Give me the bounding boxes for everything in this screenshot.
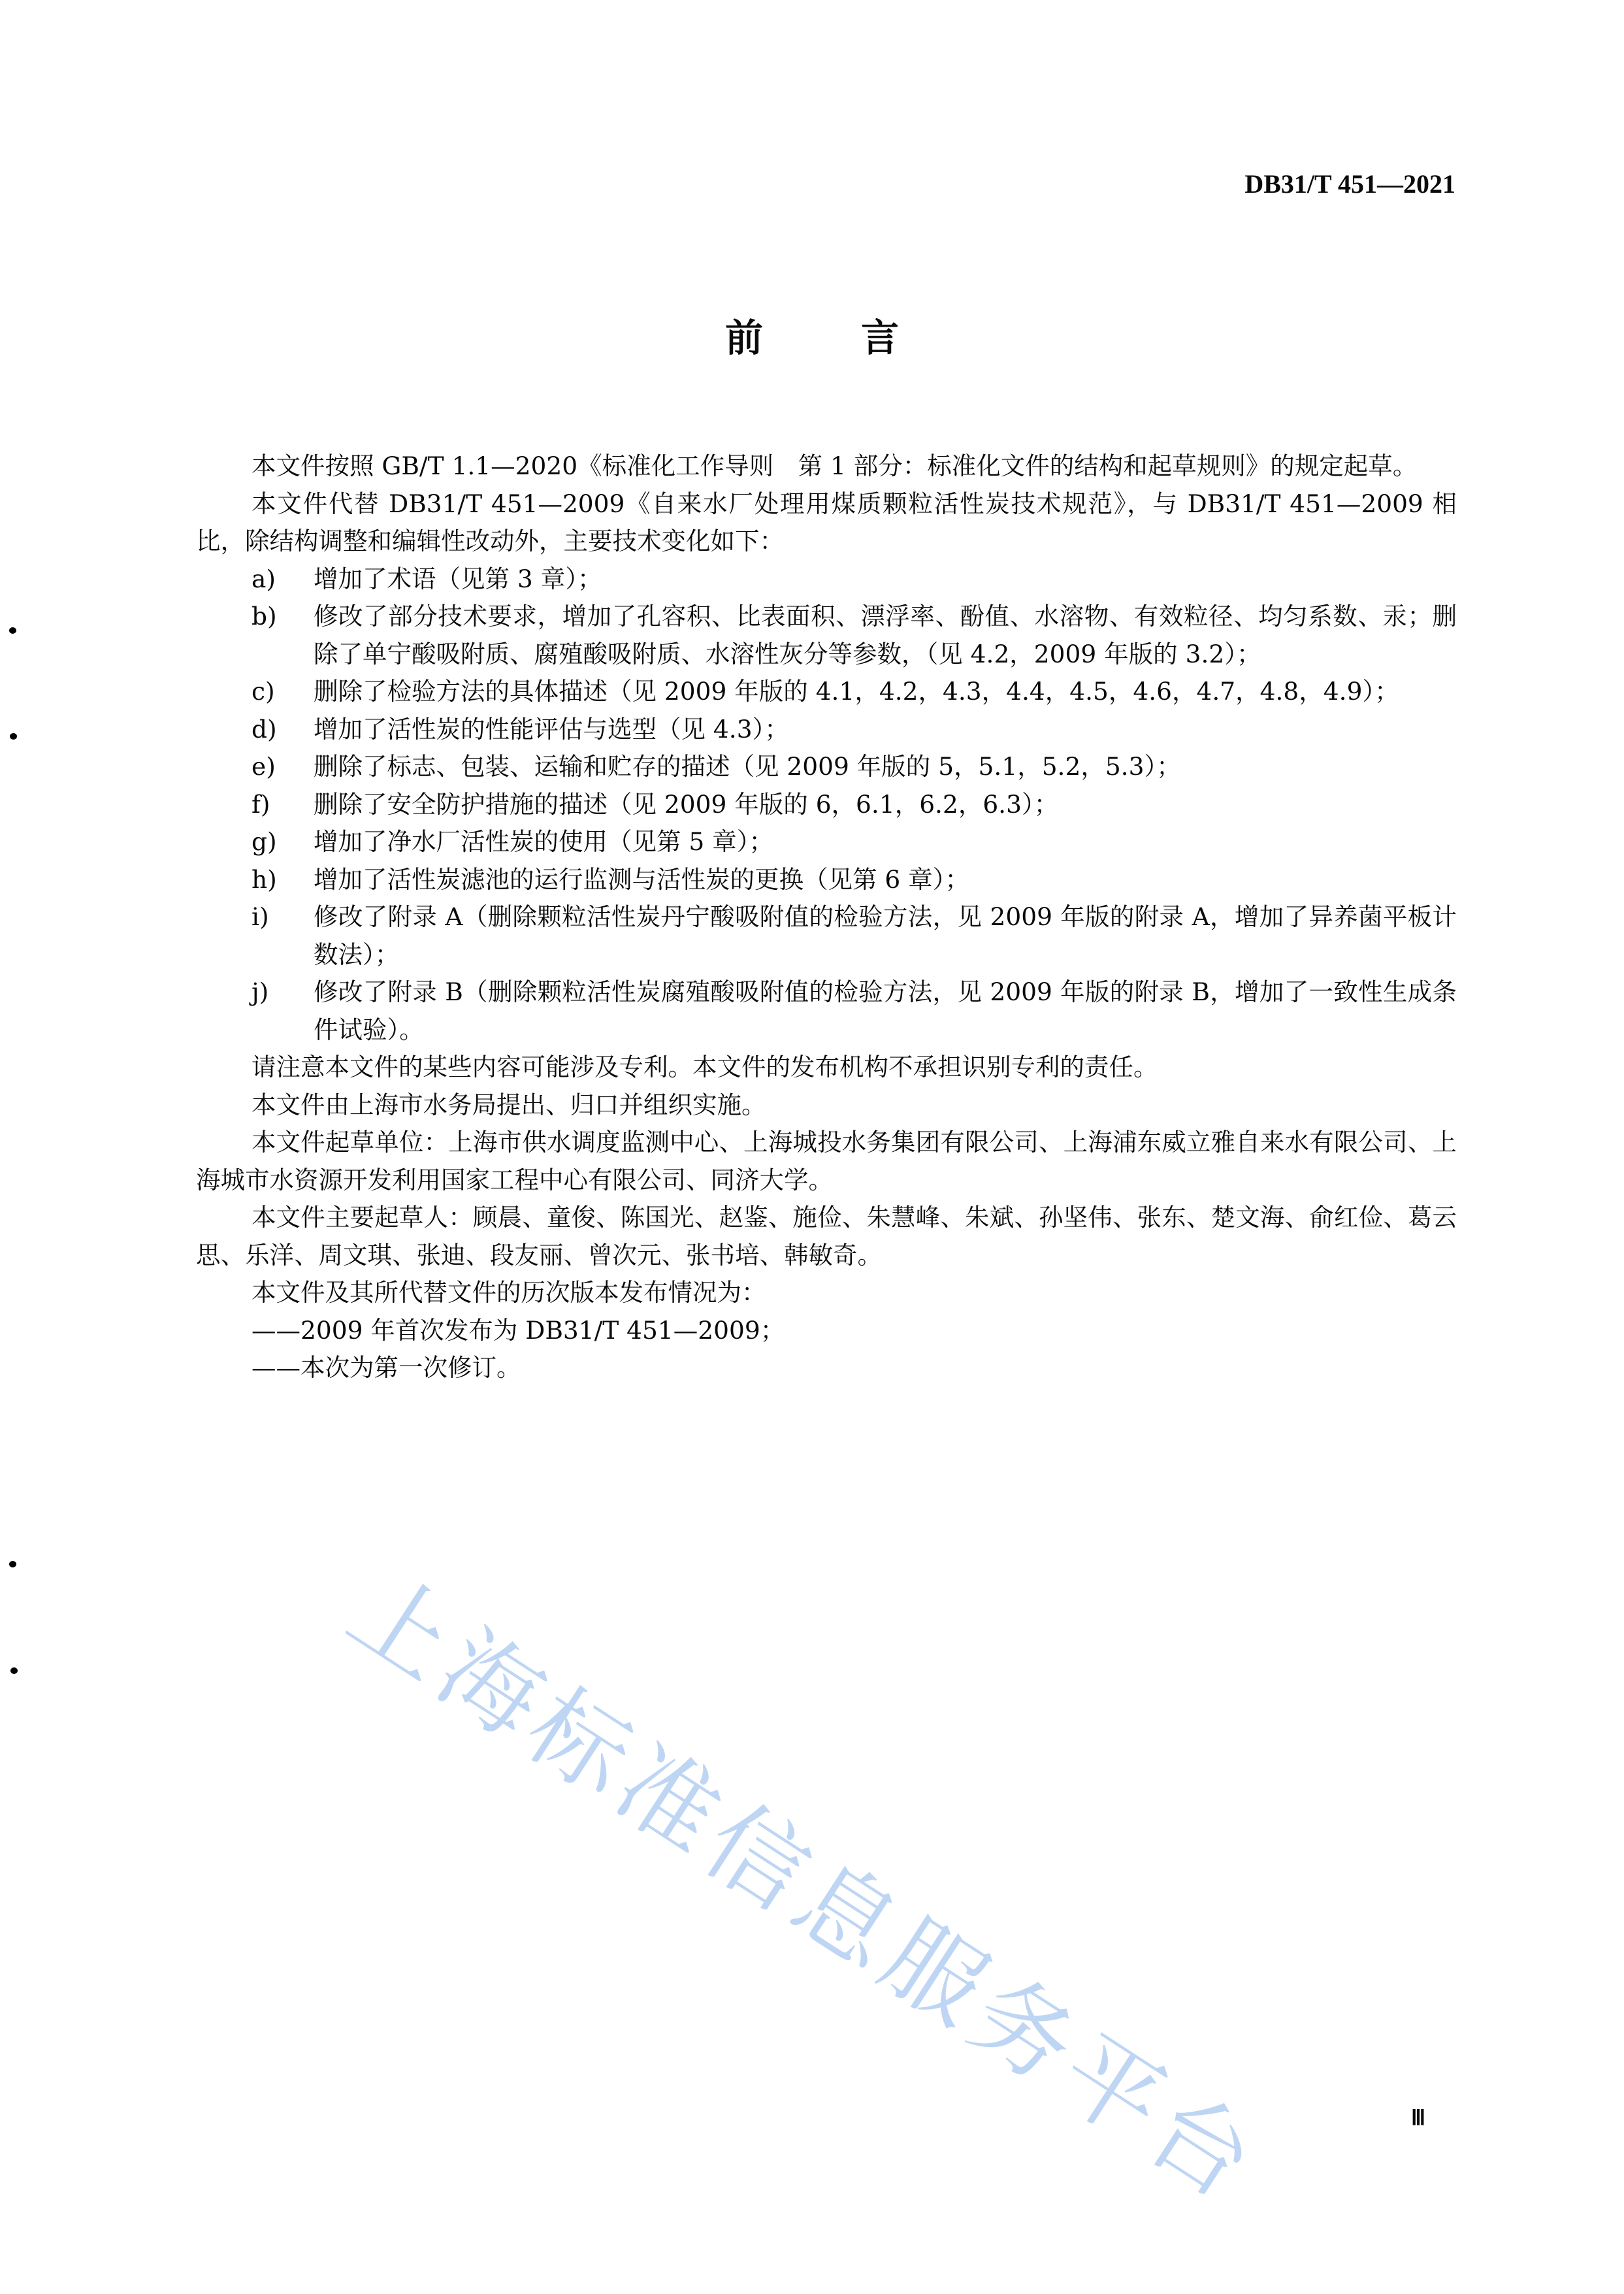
list-label: f) [252,786,270,824]
list-item: c)删除了检验方法的具体描述（见 2009 年版的 4.1，4.2，4.3，4.… [196,673,1457,711]
list-item: g)增加了净水厂活性炭的使用（见第 5 章）； [196,823,1457,861]
list-text: 删除了检验方法的具体描述（见 2009 年版的 4.1，4.2，4.3，4.4，… [314,677,1399,706]
list-label: c) [252,673,275,711]
list-text: 增加了活性炭滤池的运行监测与活性炭的更换（见第 6 章）； [314,865,969,894]
history-item: ——2009 年首次发布为 DB31/T 451—2009； [196,1312,1457,1350]
list-label: e) [252,748,276,786]
history-item: ——本次为第一次修订。 [196,1349,1457,1387]
paragraph-drafting-units: 本文件起草单位：上海市供水调度监测中心、上海城投水务集团有限公司、上海浦东威立雅… [196,1124,1457,1199]
list-text: 删除了标志、包装、运输和贮存的描述（见 2009 年版的 5，5.1，5.2，5… [314,752,1181,781]
list-text: 修改了附录 B（删除颗粒活性炭腐殖酸吸附值的检验方法，见 2009 年版的附录 … [314,977,1457,1044]
list-label: i) [252,898,269,936]
list-text: 修改了附录 A（删除颗粒活性炭丹宁酸吸附值的检验方法，见 2009 年版的附录 … [314,902,1457,969]
paragraph-drafters: 本文件主要起草人：顾晨、童俊、陈国光、赵鉴、施俭、朱慧峰、朱斌、孙坚伟、张东、楚… [196,1199,1457,1274]
page-title: 前言 [0,307,1624,362]
list-item: h)增加了活性炭滤池的运行监测与活性炭的更换（见第 6 章）； [196,861,1457,899]
changes-list: a)增加了术语（见第 3 章）； b)修改了部分技术要求，增加了孔容积、比表面积… [196,561,1457,1049]
list-label: d) [252,711,277,749]
margin-dot [9,1561,16,1567]
standard-code: DB31/T 451—2021 [1244,169,1455,199]
list-label: j) [252,974,268,1011]
list-item: e)删除了标志、包装、运输和贮存的描述（见 2009 年版的 5，5.1，5.2… [196,748,1457,786]
paragraph-patent-notice: 请注意本文件的某些内容可能涉及专利。本文件的发布机构不承担识别专利的责任。 [196,1049,1457,1087]
list-item: a)增加了术语（见第 3 章）； [196,561,1457,598]
title-char-1: 前 [725,307,763,362]
list-item: b)修改了部分技术要求，增加了孔容积、比表面积、漂浮率、酚值、水溶物、有效粒径、… [196,598,1457,673]
list-text: 增加了术语（见第 3 章）； [314,565,602,593]
list-text: 删除了安全防护措施的描述（见 2009 年版的 6，6.1，6.2，6.3）； [314,790,1058,819]
watermark: 上海标准信息服务平台 [327,1533,1291,2228]
page-number: Ⅲ [1411,2105,1425,2130]
list-text: 修改了部分技术要求，增加了孔容积、比表面积、漂浮率、酚值、水溶物、有效粒径、均匀… [314,602,1457,668]
paragraph-history-intro: 本文件及其所代替文件的历次版本发布情况为： [196,1274,1457,1312]
paragraph-replacement: 本文件代替 DB31/T 451—2009《自来水厂处理用煤质颗粒活性炭技术规范… [196,485,1457,561]
margin-dot [9,627,16,634]
list-label: h) [252,861,277,899]
margin-dot [10,1667,18,1674]
document-page: DB31/T 451—2021 前言 本文件按照 GB/T 1.1—2020《标… [0,0,1624,2294]
list-label: b) [252,598,277,636]
foreword-body: 本文件按照 GB/T 1.1—2020《标准化工作导则 第 1 部分：标准化文件… [196,448,1457,1387]
list-item: d)增加了活性炭的性能评估与选型（见 4.3）； [196,711,1457,749]
list-item: j)修改了附录 B（删除颗粒活性炭腐殖酸吸附值的检验方法，见 2009 年版的附… [196,974,1457,1049]
list-label: g) [252,823,277,861]
paragraph-proposer: 本文件由上海市水务局提出、归口并组织实施。 [196,1087,1457,1124]
list-item: i)修改了附录 A（删除颗粒活性炭丹宁酸吸附值的检验方法，见 2009 年版的附… [196,898,1457,974]
list-item: f)删除了安全防护措施的描述（见 2009 年版的 6，6.1，6.2，6.3）… [196,786,1457,824]
list-text: 增加了活性炭的性能评估与选型（见 4.3）； [314,715,789,744]
paragraph-drafting-rules: 本文件按照 GB/T 1.1—2020《标准化工作导则 第 1 部分：标准化文件… [196,448,1457,485]
title-char-2: 言 [861,307,899,362]
list-label: a) [252,561,276,598]
margin-dot [10,733,17,740]
list-text: 增加了净水厂活性炭的使用（见第 5 章）； [314,827,773,856]
